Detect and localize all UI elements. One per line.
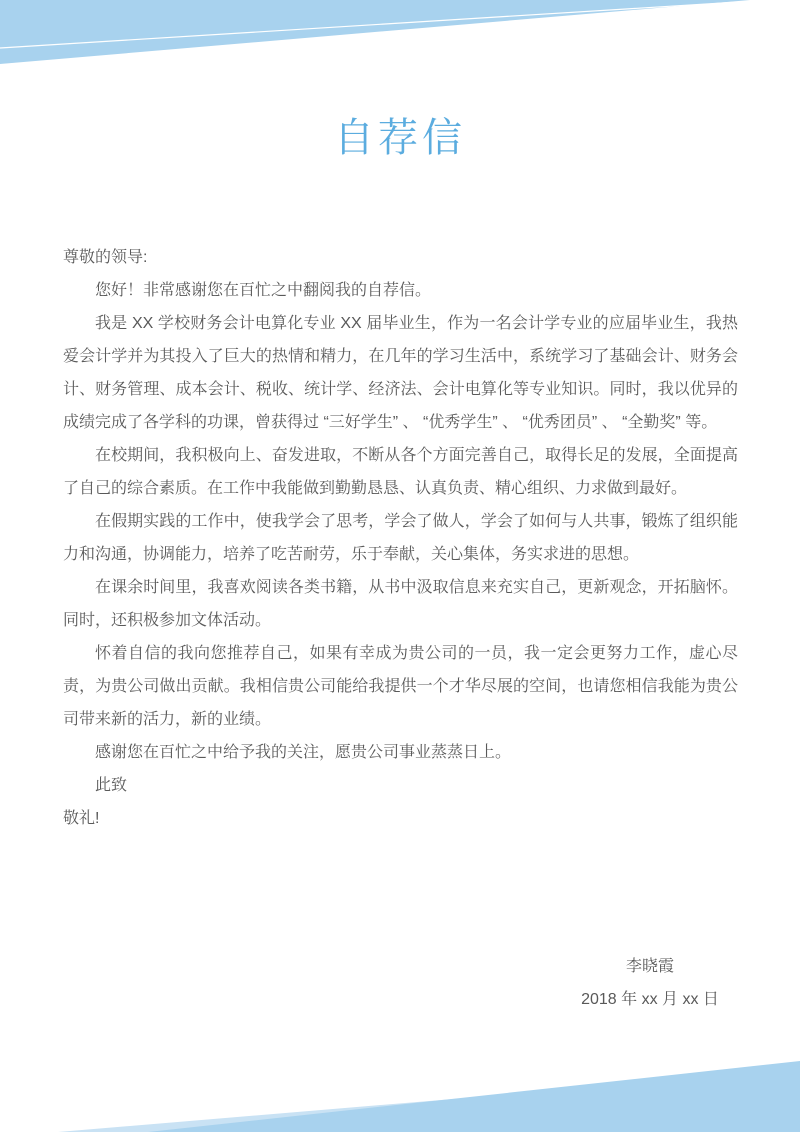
letter-paragraph: 此致	[63, 769, 738, 802]
bottom-diagonal-banner	[0, 1060, 800, 1132]
letter-paragraph: 在课余时间里，我喜欢阅读各类书籍，从书中汲取信息来充实自己，更新观念，开拓脑怀。…	[63, 571, 738, 637]
letter-title: 自荐信	[0, 106, 800, 163]
letter-paragraph: 怀着自信的我向您推荐自己，如果有幸成为贵公司的一员，我一定会更努力工作，虚心尽责…	[63, 637, 738, 736]
letter-paragraph: 在假期实践的工作中，使我学会了思考，学会了做人，学会了如何与人共事，锻炼了组织能…	[63, 505, 738, 571]
signature-block: 李晓霞 2018 年 xx 月 xx 日	[540, 950, 760, 1016]
letter-paragraph: 尊敬的领导:	[63, 241, 738, 274]
signature-date: 2018 年 xx 月 xx 日	[540, 983, 760, 1016]
top-diagonal-banner	[0, 0, 800, 70]
letter-paragraph: 在校期间，我积极向上、奋发进取，不断从各个方面完善自己，取得长足的发展，全面提高…	[63, 439, 738, 505]
letter-paragraph: 感谢您在百忙之中给予我的关注，愿贵公司事业蒸蒸日上。	[63, 736, 738, 769]
signature-name: 李晓霞	[540, 950, 760, 983]
letter-page: 自荐信 尊敬的领导:您好！非常感谢您在百忙之中翻阅我的自荐信。我是 XX 学校财…	[0, 0, 800, 1132]
top-banner-triangle	[0, 0, 750, 64]
letter-paragraph: 您好！非常感谢您在百忙之中翻阅我的自荐信。	[63, 274, 738, 307]
letter-body: 尊敬的领导:您好！非常感谢您在百忙之中翻阅我的自荐信。我是 XX 学校财务会计电…	[63, 241, 738, 835]
letter-paragraph: 我是 XX 学校财务会计电算化专业 XX 届毕业生，作为一名会计学专业的应届毕业…	[63, 307, 738, 439]
letter-paragraph: 敬礼!	[63, 802, 738, 835]
